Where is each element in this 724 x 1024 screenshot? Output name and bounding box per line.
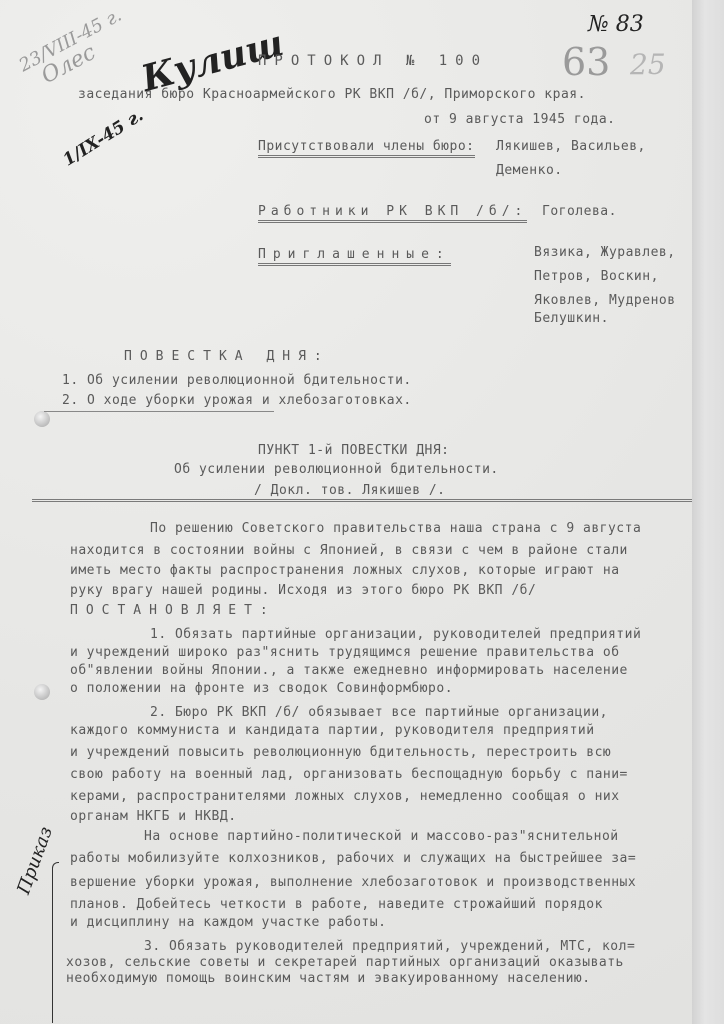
- point2-line-4: свою работу на военный лад, организовать…: [70, 768, 628, 781]
- agenda-item-1: 1. Об усилении революционной бдительност…: [62, 374, 412, 387]
- invited-label: Приглашенные:: [258, 248, 451, 266]
- margin-bracket: [52, 862, 59, 1023]
- point3-line-1: 3. Обязать руководителей предприятий, уч…: [144, 940, 635, 953]
- point1-line-2: и учреждений широко раз"яснить трудящимс…: [70, 646, 620, 659]
- intro-line-1: По решению Советского правительства наша…: [150, 522, 641, 535]
- item1-speaker: / Докл. тов. Лякишев /.: [254, 484, 446, 497]
- hole-punch: [34, 411, 50, 427]
- document-title: ПРОТОКОЛ № 100: [258, 54, 488, 68]
- mobilize-line-2: работы мобилизуйте колхозников, рабочих …: [70, 852, 636, 865]
- point2-line-2: каждого коммуниста и кандидата партии, р…: [70, 724, 595, 737]
- agenda-title: ПОВЕСТКА ДНЯ:: [124, 350, 330, 363]
- item1-topic: Об усилении революционной бдительности.: [174, 463, 499, 476]
- intro-line-4: руку врагу нашей родины. Исходя из этого…: [70, 584, 536, 597]
- mobilize-line-5: и дисциплину на каждом участке работы.: [70, 916, 386, 929]
- staff-names: Гоголева.: [542, 205, 617, 218]
- point3-line-2: хозов, сельские советы и секретарей парт…: [66, 956, 624, 969]
- agenda-item-2: 2. О ходе уборки урожая и хлебозаготовка…: [62, 394, 412, 407]
- mobilize-line-1: На основе партийно-политической и массов…: [144, 830, 619, 843]
- document-date: от 9 августа 1945 года.: [424, 113, 616, 126]
- hole-punch: [34, 684, 50, 700]
- page-number-ink: № 83: [588, 12, 644, 37]
- invited-names-line1: Вязика, Журавлев,: [534, 246, 676, 259]
- present-label: Присутствовали члены бюро:: [258, 140, 475, 158]
- item1-heading: ПУНКТ 1-й ПОВЕСТКИ ДНЯ:: [258, 444, 450, 457]
- point1-line-4: о положении на фронте из сводок Совинфор…: [70, 682, 453, 695]
- point2-line-5: керами, распространителями ложных слухов…: [70, 790, 620, 803]
- point2-line-3: и учреждений повысить революционную бдит…: [70, 746, 611, 759]
- scan-edge: [692, 0, 724, 1024]
- intro-line-2: находится в состоянии войны с Японией, в…: [70, 544, 628, 557]
- section-divider: [32, 499, 692, 502]
- point2-line-1: 2. Бюро РК ВКП /б/ обязывает все партийн…: [150, 706, 608, 719]
- point1-line-1: 1. Обязать партийные организации, руково…: [150, 628, 641, 641]
- page-number-pencil: 63: [562, 40, 610, 84]
- intro-line-3: иметь место факты распространения ложных…: [70, 564, 620, 577]
- present-names-line1: Лякишев, Васильев,: [496, 140, 646, 153]
- point2-line-6: органам НКГБ и НКВД.: [70, 810, 237, 823]
- staff-label: Работники РК ВКП /б/:: [258, 205, 527, 223]
- agenda-underline: [44, 411, 274, 412]
- pencil-mark: 25: [630, 48, 666, 81]
- present-names-line2: Деменко.: [496, 164, 563, 177]
- invited-names-line3: Яковлев, Мудренов: [534, 294, 676, 307]
- invited-names-line4: Белушкин.: [534, 312, 609, 325]
- point3-line-3: необходимую помощь воинским частям и эва…: [66, 972, 591, 985]
- point1-line-3: об"явлении войны Японии., а также ежедне…: [70, 664, 628, 677]
- mobilize-line-3: вершение уборки урожая, выполнение хлебо…: [70, 876, 636, 889]
- invited-names-line2: Петров, Воскин,: [534, 270, 659, 283]
- mobilize-line-4: планов. Добейтесь четкости в работе, нав…: [70, 898, 603, 911]
- document-subtitle: заседания бюро Красноармейского РК ВКП /…: [78, 88, 586, 101]
- resolves-label: ПОСТАНОВЛЯЕТ:: [70, 604, 276, 617]
